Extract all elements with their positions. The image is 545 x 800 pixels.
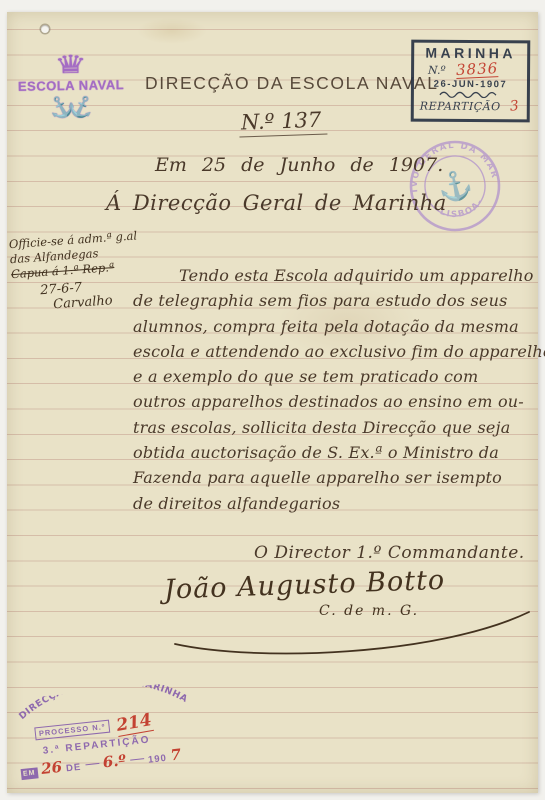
crossed-anchors-icon: ⚓⚓ <box>17 95 125 119</box>
marinha-date-stamp: 26-JUN-1907 <box>418 79 523 92</box>
letter-closing: O Director 1.º Commandante. <box>254 543 525 563</box>
body-line: obtida auctorisação de S. Ex.ª o Ministr… <box>133 440 537 465</box>
punch-hole <box>41 25 49 33</box>
dgm-date-month: 6.º <box>102 751 127 771</box>
dgm-date-day: 26 <box>40 758 63 778</box>
letter-body: Tendo esta Escola adquirido um apparelho… <box>133 263 537 516</box>
dgm-date-year: 7 <box>170 745 182 764</box>
document-page: ♛ ESCOLA NAVAL ⚓⚓ DIRECÇÃO DA ESCOLA NAV… <box>7 12 538 793</box>
processo-label: PROCESSO N.º <box>34 720 110 741</box>
blank-line <box>85 762 99 764</box>
body-line: Fazenda para aquelle apparelho ser isemp… <box>133 465 537 490</box>
marinha-entry-stamp: MARINHA N.º 3836 26-JUN-1907 REPARTIÇÃO … <box>411 40 531 123</box>
marinha-repartition-label: REPARTIÇÃO <box>420 100 501 114</box>
body-line: alumnos, compra feita pela dotação da me… <box>133 314 537 339</box>
marinha-number-value: 3836 <box>455 61 498 79</box>
body-line: Tendo esta Escola adquirido um apparelho <box>133 263 537 288</box>
escola-naval-stamp: ♛ ESCOLA NAVAL ⚓⚓ <box>16 51 125 119</box>
marinha-number-label: N.º <box>428 64 446 77</box>
body-line: de direitos alfandegarios <box>133 491 537 516</box>
body-line: tras escolas, sollicita desta Direcção q… <box>133 415 537 440</box>
dgm-year-printed: 190 <box>148 753 168 766</box>
document-number: N.º 137 <box>239 107 328 137</box>
signature-flourish <box>167 600 539 658</box>
marinha-repartition-value: 3 <box>509 99 519 114</box>
arquivo-circular-stamp: ARQUIVO GERAL DA MARINHA -LISBOA- ⚓ <box>398 129 512 243</box>
letter-addressee: Á Direcção Geral de Marinha <box>106 191 447 215</box>
page-title: DIRECÇÃO DA ESCOLA NAVAL <box>145 73 391 94</box>
escola-naval-label: ESCOLA NAVAL <box>17 77 125 94</box>
body-line: escola e attendendo ao exclusivo fim do … <box>133 339 537 364</box>
dgm-processo-stamp: DIRECÇÃO GERAL DA MARINHA PROCESSO N.º 2… <box>11 681 200 781</box>
dgm-em-label: EM <box>21 767 39 780</box>
marinha-stamp-title: MARINHA <box>418 45 523 62</box>
dgm-de-label: DE <box>66 762 82 775</box>
body-line: de telegraphia sem fios para estudo dos … <box>133 288 537 313</box>
blank-line <box>130 758 144 760</box>
body-line: e a exemplo do que se tem praticado com <box>133 364 537 389</box>
signature-name: João Augusto Botto <box>164 561 543 605</box>
body-line: outros apparelhos destinados ao ensino e… <box>133 389 537 414</box>
crown-icon: ♛ <box>0 51 152 80</box>
processo-number: 214 <box>115 710 154 737</box>
letter-date: Em 25 de Junho de 1907. <box>155 154 443 176</box>
